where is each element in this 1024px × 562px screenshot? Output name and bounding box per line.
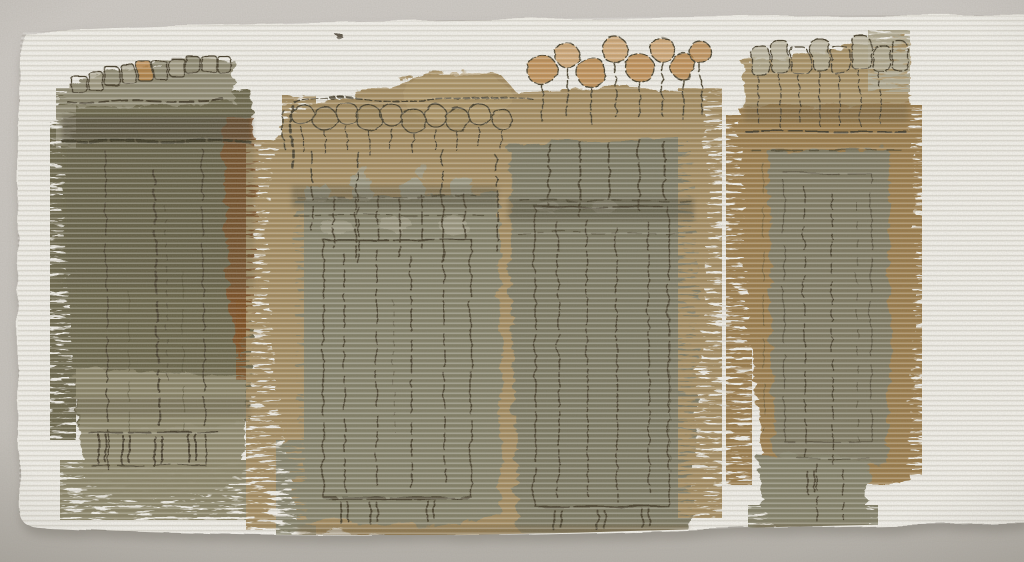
photo-vignette (0, 0, 1024, 562)
artwork-canvas: Three weathered tablet-like panels paint… (0, 0, 1024, 562)
artwork-photo: Three weathered tablet-like panels paint… (0, 0, 1024, 562)
artwork-figure: Three weathered tablet-like panels paint… (0, 0, 1024, 562)
